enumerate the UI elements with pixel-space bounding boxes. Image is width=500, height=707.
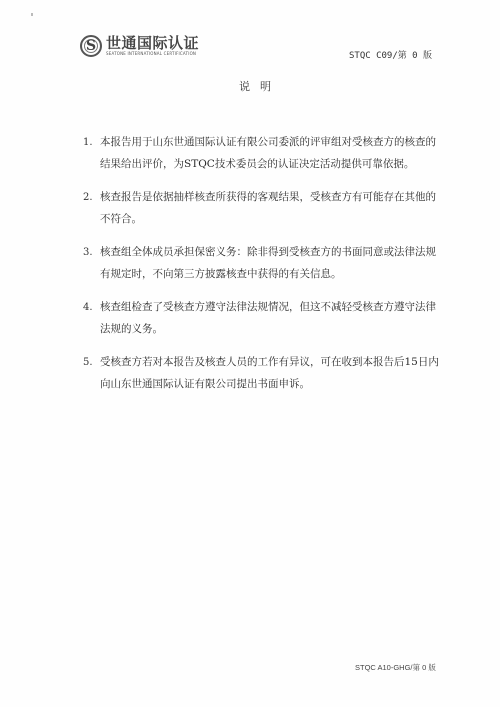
header-doc-code: STQC C09/第 0 版 xyxy=(349,48,432,61)
logo-mark-letter: S xyxy=(86,38,96,54)
seatone-s-icon: S xyxy=(80,35,102,57)
logo-name-cn: 世通国际认证 xyxy=(106,35,199,51)
item-text: 核查组检查了受核查方遵守法律法规情况，但这不减轻受核查方遵守法律法规的义务。 xyxy=(100,301,436,335)
notes-list: 1. 本报告用于山东世通国际认证有限公司委派的评审组对受核查方的核查的结果给出评… xyxy=(83,132,443,407)
page-title: 说明 xyxy=(239,78,281,94)
item-number: 4. xyxy=(83,297,93,319)
list-item: 4. 核查组检查了受核查方遵守法律法规情况，但这不减轻受核查方遵守法律法规的义务… xyxy=(83,297,443,340)
item-number: 3. xyxy=(83,242,93,264)
company-logo: S 世通国际认证 SEATONE INTERNATIONAL CERTIFICA… xyxy=(80,35,199,57)
item-text: 受核查方若对本报告及核查人员的工作有异议，可在收到本报告后15日内向山东世通国际… xyxy=(100,356,439,390)
logo-text: 世通国际认证 SEATONE INTERNATIONAL CERTIFICATI… xyxy=(106,35,199,57)
logo-name-en: SEATONE INTERNATIONAL CERTIFICATION xyxy=(106,51,199,57)
item-number: 2. xyxy=(83,187,93,209)
item-text: 核查组全体成员承担保密义务：除非得到受核查方的书面同意或法律法规有规定时，不向第… xyxy=(100,246,436,280)
list-item: 2. 核查报告是依据抽样核查所获得的客观结果，受核查方有可能存在其他的不符合。 xyxy=(83,187,443,230)
item-text: 本报告用于山东世通国际认证有限公司委派的评审组对受核查方的核查的结果给出评价，为… xyxy=(100,136,436,170)
scan-speck xyxy=(31,13,33,16)
list-item: 5. 受核查方若对本报告及核查人员的工作有异议，可在收到本报告后15日内向山东世… xyxy=(83,352,443,395)
document-page: S 世通国际认证 SEATONE INTERNATIONAL CERTIFICA… xyxy=(0,0,500,707)
footer-doc-code: STQC A10-GHG/第 0 版 xyxy=(355,662,436,673)
item-text: 核查报告是依据抽样核查所获得的客观结果，受核查方有可能存在其他的不符合。 xyxy=(100,191,436,225)
item-number: 1. xyxy=(83,132,93,154)
item-number: 5. xyxy=(83,352,93,374)
list-item: 1. 本报告用于山东世通国际认证有限公司委派的评审组对受核查方的核查的结果给出评… xyxy=(83,132,443,175)
list-item: 3. 核查组全体成员承担保密义务：除非得到受核查方的书面同意或法律法规有规定时，… xyxy=(83,242,443,285)
